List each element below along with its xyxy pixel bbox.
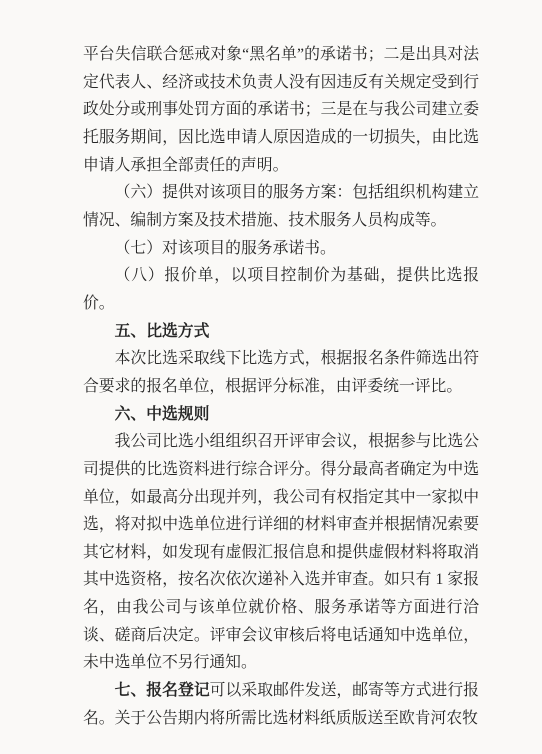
paragraph: 我公司比选小组组织召开评审会议，根据参与比选公司提供的比选资料进行综合评分。得分… <box>83 428 479 677</box>
paragraph-bold-lead: 七、报名登记 <box>115 682 210 699</box>
paragraph: （八）报价单，以项目控制价为基础，提供比选报价。 <box>83 262 479 317</box>
section-heading: 五、比选方式 <box>83 318 479 346</box>
paragraph: （六）提供对该项目的服务方案：包括组织机构建立情况、编制方案及技术措施、技术服务… <box>83 179 479 234</box>
paragraph: 七、报名登记可以采取邮件发送，邮寄等方式进行报名。关于公告期内将所需比选材料纸质… <box>83 677 479 732</box>
paragraph: （七）对该项目的服务承诺书。 <box>83 235 479 263</box>
paragraph: 本次比选采取线下比选方式，根据报名条件筛选出符合要求的报名单位，根据评分标准，由… <box>83 345 479 400</box>
section-heading: 六、中选规则 <box>83 401 479 429</box>
paragraph: 平台失信联合惩戒对象“黑名单”的承诺书；二是出具对法定代表人、经济或技术负责人没… <box>83 41 479 179</box>
document-body: 平台失信联合惩戒对象“黑名单”的承诺书；二是出具对法定代表人、经济或技术负责人没… <box>83 41 479 732</box>
document-page: 平台失信联合惩戒对象“黑名单”的承诺书；二是出具对法定代表人、经济或技术负责人没… <box>0 0 542 754</box>
